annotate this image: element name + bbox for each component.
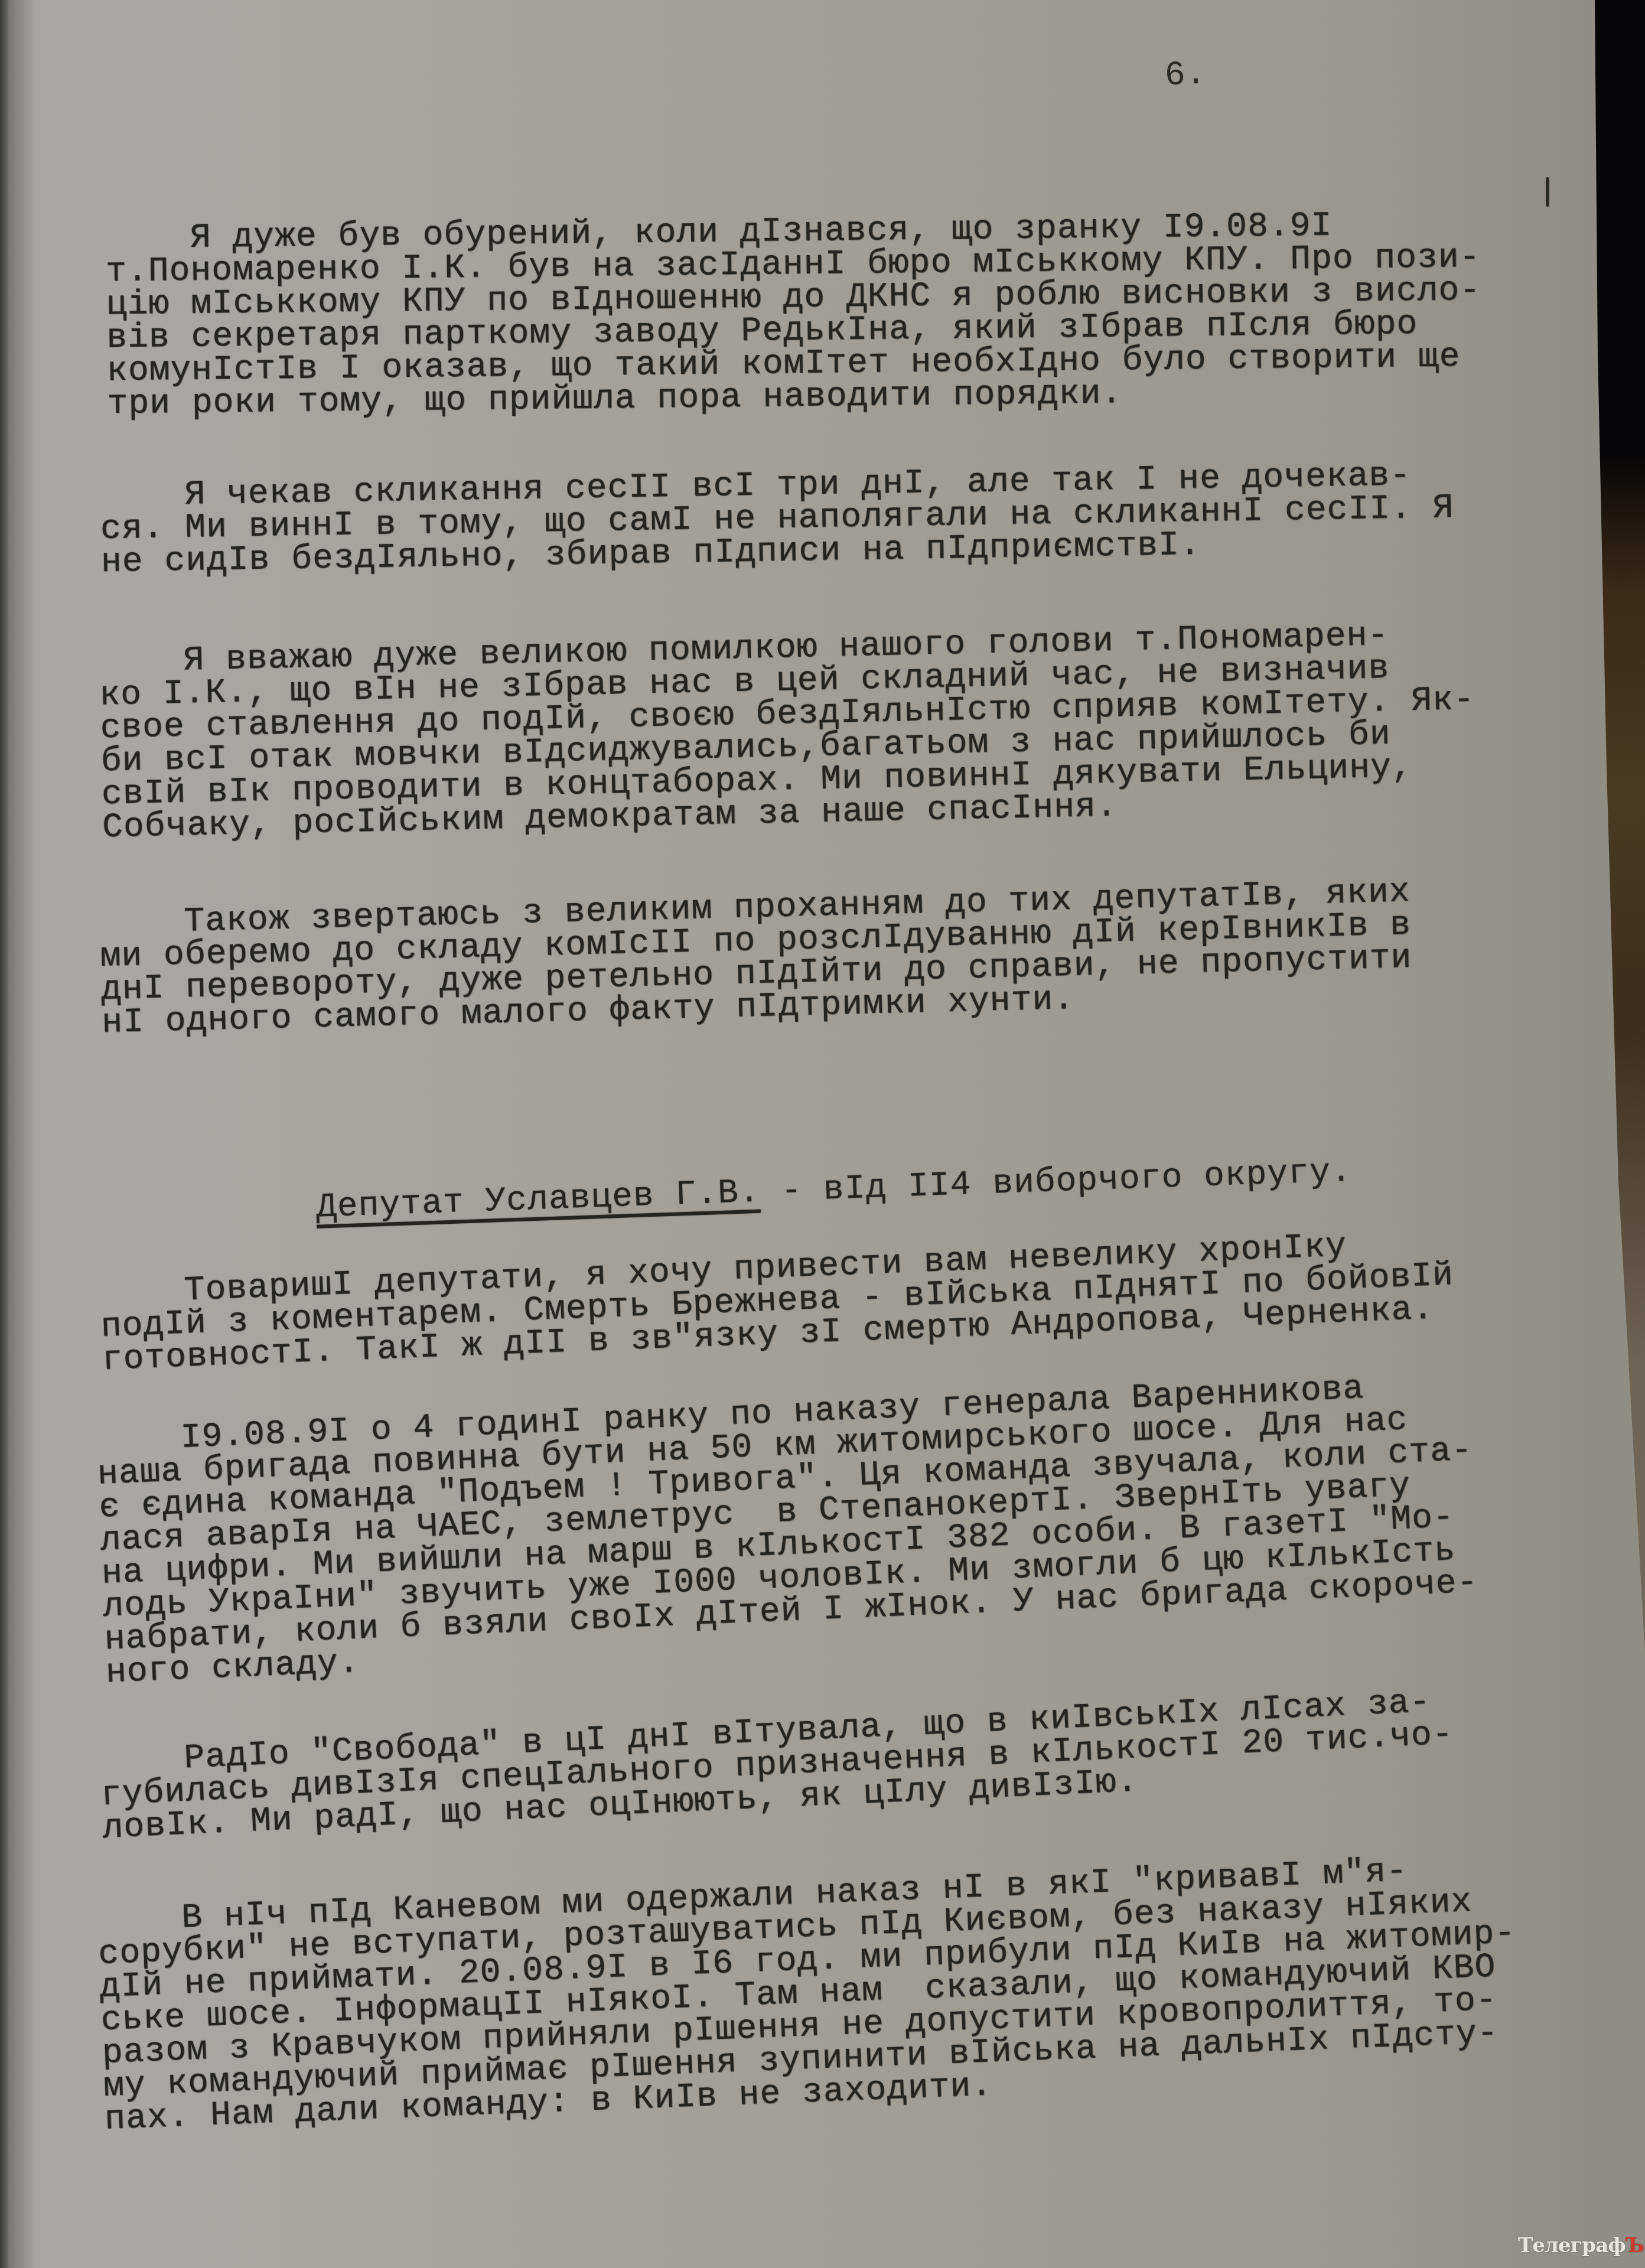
telegraf-watermark: ТелеграфЪ (1518, 2234, 1644, 2257)
page-number: 6. (1164, 55, 1207, 96)
paragraph: Я вважаю дуже великою помилкою нашого го… (99, 618, 1477, 845)
paragraph: В нІч пІд Каневом ми одержали наказ нІ в… (96, 1851, 1521, 2137)
paragraph: Я чекав скликання сесІІ всІ три днІ, але… (100, 459, 1455, 579)
speaker-name: Депутат Уславцев Г.В. (315, 1174, 761, 1227)
typewritten-page: 6. Я дуже був обурений, коли дІзнався, щ… (0, 0, 1645, 2268)
paragraph: І9.08.9І о 4 годинІ ранку по наказу гене… (96, 1368, 1480, 1690)
speaker-district: - вІд ІІ4 виборчого округу. (760, 1153, 1353, 1212)
paragraph: РадІо "Свобода" в цІ днІ вІтувала, що в … (99, 1685, 1455, 1846)
paragraph: Також звертаюсь з великим проханням до т… (99, 876, 1413, 1040)
watermark-accent: Ъ (1626, 2234, 1644, 2257)
paragraph: Я дуже був обурений, коли дІзнався, що з… (105, 208, 1482, 421)
watermark-text: Телеграф (1518, 2234, 1626, 2257)
binder-edge (0, 0, 8, 2268)
margin-mark (1546, 177, 1549, 207)
